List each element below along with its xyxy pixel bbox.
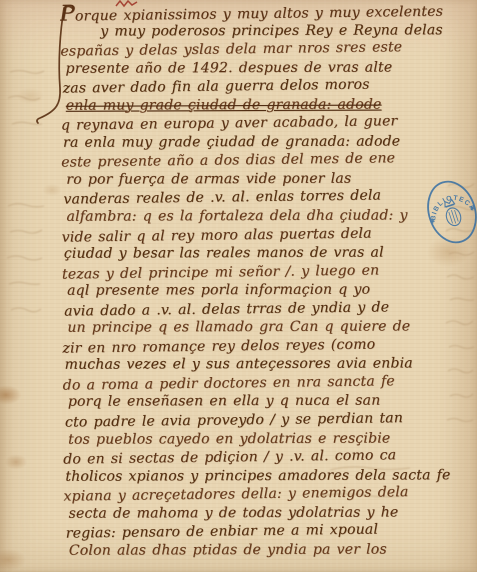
manuscript-line: Colon alas dhas ptidas de yndia pa ver l…	[69, 540, 466, 560]
manuscript-page: Porque xpianissimos y muy altos y muy ex…	[0, 0, 477, 572]
library-stamp: BIBLIOTECA ✱ ✱	[423, 175, 477, 249]
manuscript-text: Porque xpianissimos y muy altos y muy ex…	[60, 2, 466, 561]
